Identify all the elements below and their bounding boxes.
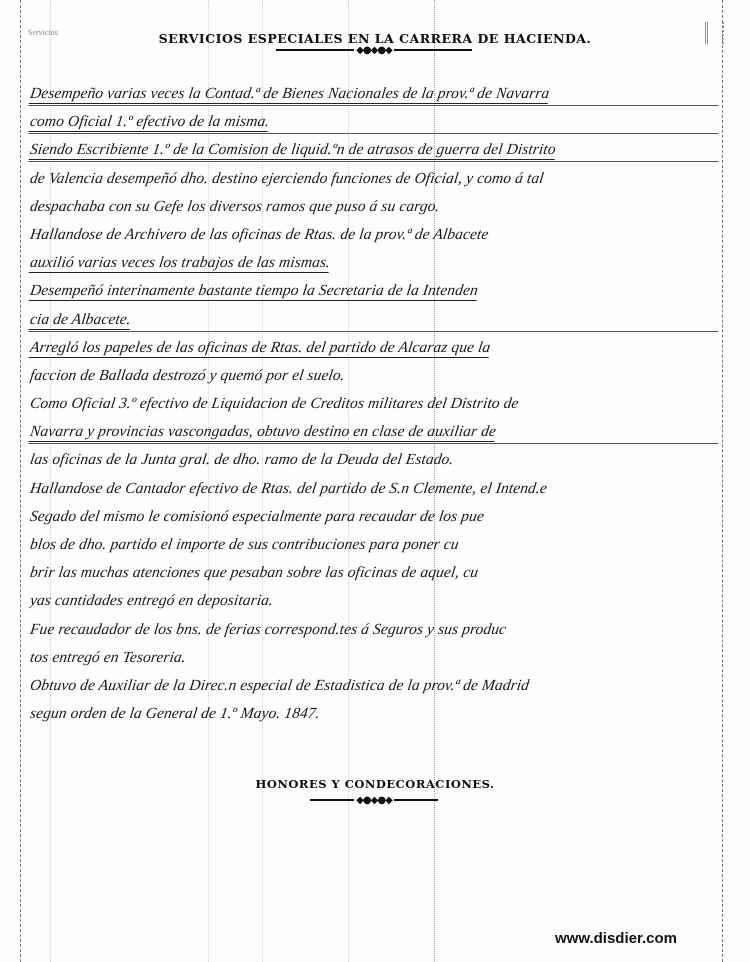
handwritten-text: faccion de Ballada destrozó y quemó por … (29, 367, 346, 384)
handwritten-text: tos entregó en Tesoreria. (29, 649, 187, 666)
ornament-knot-icon: ◆●◆●◆ (354, 45, 394, 56)
handwritten-line: auxilió varias veces los trabajos de las… (28, 249, 722, 277)
handwritten-line: Fue recaudador de los bns. de ferias cor… (28, 616, 722, 644)
handwritten-text: Hallandose de Archivero de las oficinas … (29, 226, 490, 243)
left-margin-rule (20, 0, 21, 962)
handwritten-entries: Desempeño varias veces la Contad.ª de Bi… (30, 80, 720, 728)
document-page: Servicios SERVICIOS ESPECIALES EN LA CAR… (0, 0, 750, 962)
handwritten-text: blos de dho. partido el importe de sus c… (29, 536, 460, 553)
handwritten-line: Segado del mismo le comisionó especialme… (28, 503, 722, 531)
handwritten-line: como Oficial 1.º efectivo de la misma. (28, 108, 722, 136)
handwritten-line: yas cantidades entregó en depositaria. (28, 587, 722, 615)
header-ornament: ◆●◆●◆ (276, 45, 472, 55)
right-margin-rule (722, 0, 723, 962)
handwritten-line: Desempeño varias veces la Contad.ª de Bi… (28, 80, 722, 108)
handwritten-text: despachaba con su Gefe los diversos ramo… (29, 198, 441, 215)
handwritten-text: Hallandose de Cantador efectivo de Rtas.… (29, 480, 548, 497)
handwritten-line: blos de dho. partido el importe de sus c… (28, 531, 722, 559)
handwritten-line: Navarra y provincias vascongadas, obtuvo… (28, 418, 722, 446)
handwritten-text: auxilió varias veces los trabajos de las… (29, 254, 332, 273)
handwritten-line: de Valencia desempeñó dho. destino ejerc… (28, 165, 722, 193)
section-title-honores: HONORES Y CONDECORACIONES. (0, 777, 750, 791)
handwritten-line: brir las muchas atenciones que pesaban s… (28, 559, 722, 587)
handwritten-text: Arregló los papeles de las oficinas de R… (29, 339, 492, 358)
handwritten-line: faccion de Ballada destrozó y quemó por … (28, 362, 722, 390)
handwritten-text: Como Oficial 3.º efectivo de Liquidacion… (29, 395, 520, 412)
handwritten-text: de Valencia desempeñó dho. destino ejerc… (29, 170, 545, 187)
handwritten-line: Obtuvo de Auxiliar de la Direc.n especia… (28, 672, 722, 700)
handwritten-text: Siendo Escribiente 1.º de la Comision de… (29, 141, 557, 160)
handwritten-line: cia de Albacete. (28, 306, 722, 334)
handwritten-text: yas cantidades entregó en depositaria. (29, 592, 274, 609)
handwritten-text: cia de Albacete. (29, 311, 132, 330)
handwritten-line: despachaba con su Gefe los diversos ramo… (28, 193, 722, 221)
handwritten-text: Desempeño varias veces la Contad.ª de Bi… (29, 85, 551, 104)
handwritten-line: Hallandose de Archivero de las oficinas … (28, 221, 722, 249)
handwritten-text: Fue recaudador de los bns. de ferias cor… (29, 621, 507, 638)
handwritten-text: las oficinas de la Junta gral. de dho. r… (29, 451, 455, 468)
handwritten-text: brir las muchas atenciones que pesaban s… (29, 564, 480, 581)
handwritten-line: Desempeñó interinamente bastante tiempo … (28, 277, 722, 305)
handwritten-text: Segado del mismo le comisionó especialme… (29, 508, 485, 525)
handwritten-line: segun orden de la General de 1.º Mayo. 1… (28, 700, 722, 728)
ornament-knot-icon: ◆●◆●◆ (354, 795, 394, 806)
handwritten-line: tos entregó en Tesoreria. (28, 644, 722, 672)
handwritten-line: Siendo Escribiente 1.º de la Comision de… (28, 136, 722, 164)
handwritten-text: Desempeñó interinamente bastante tiempo … (29, 282, 480, 301)
handwritten-line: Como Oficial 3.º efectivo de Liquidacion… (28, 390, 722, 418)
handwritten-line: las oficinas de la Junta gral. de dho. r… (28, 446, 722, 474)
handwritten-text: Obtuvo de Auxiliar de la Direc.n especia… (29, 677, 530, 694)
source-watermark: www.disdier.com (555, 930, 677, 947)
honors-ornament: ◆●◆●◆ (310, 795, 438, 805)
handwritten-text: segun orden de la General de 1.º Mayo. 1… (29, 705, 321, 722)
handwritten-text: como Oficial 1.º efectivo de la misma. (29, 113, 271, 132)
handwritten-line: Arregló los papeles de las oficinas de R… (28, 334, 722, 362)
handwritten-text: Navarra y provincias vascongadas, obtuvo… (29, 423, 498, 442)
handwritten-line: Hallandose de Cantador efectivo de Rtas.… (28, 475, 722, 503)
